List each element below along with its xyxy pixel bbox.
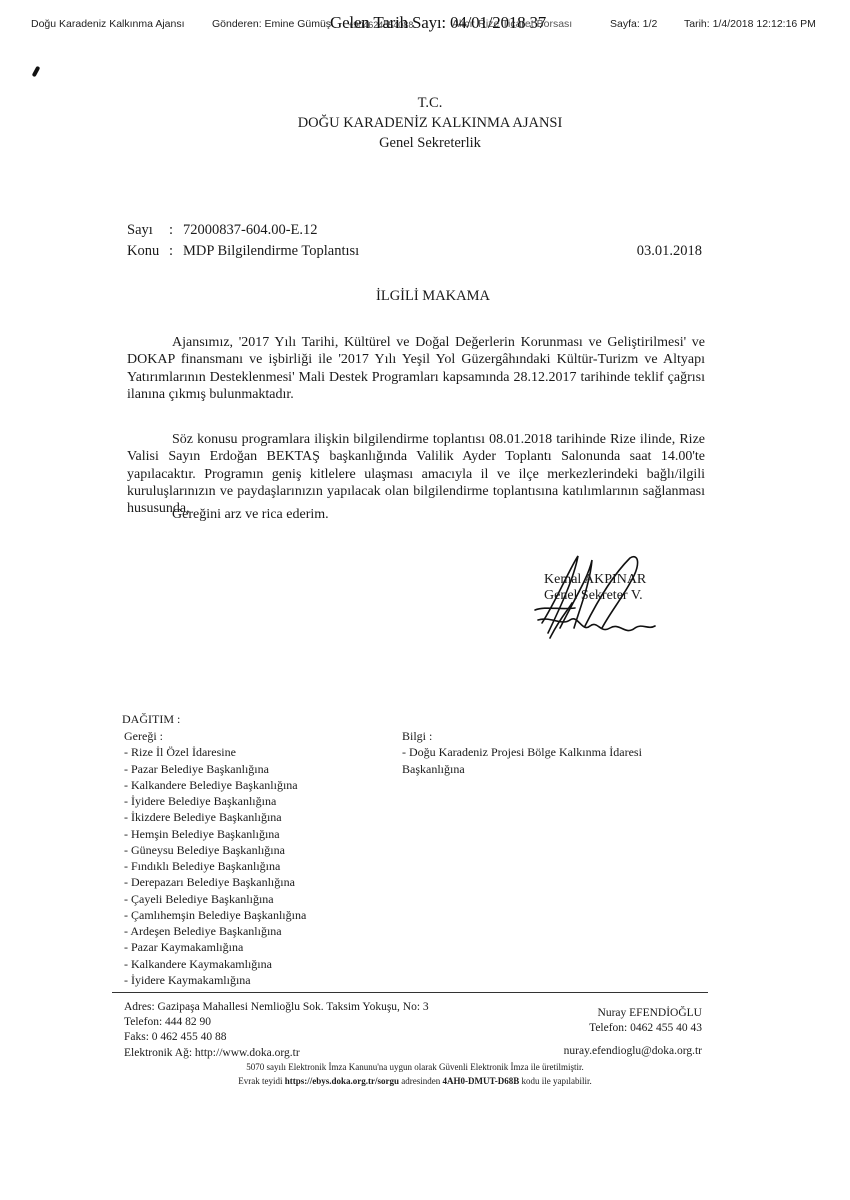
distribution-title: DAĞITIM : xyxy=(122,711,180,727)
verify-url: https://ebys.doka.org.tr/sorgu xyxy=(285,1076,399,1086)
document-meta: Sayı : 72000837-604.00-E.12 Konu : MDP B… xyxy=(127,220,702,262)
footer-divider xyxy=(112,992,708,993)
list-item: - İyidere Kaymakamlığına xyxy=(124,972,306,988)
list-item: - Fındıklı Belediye Başkanlığına xyxy=(124,858,306,874)
list-item: - Derepazarı Belediye Başkanlığına xyxy=(124,874,306,890)
letterhead-dept: Genel Sekreterlik xyxy=(10,133,850,153)
list-item: - Çayeli Belediye Başkanlığına xyxy=(124,891,306,907)
signature-block: Kemal AKPINAR Genel Sekreter V. xyxy=(530,548,670,648)
list-item: - Hemşin Belediye Başkanlığına xyxy=(124,826,306,842)
paragraph-text: Söz konusu programlara ilişkin bilgilend… xyxy=(127,431,705,517)
list-item: - Kalkandere Kaymakamlığına xyxy=(124,956,306,972)
konu-row: Konu : MDP Bilgilendirme Toplantısı 03.0… xyxy=(127,241,702,262)
body-paragraph-2: Söz konusu programlara ilişkin bilgilend… xyxy=(127,431,705,517)
list-item: - Pazar Kaymakamlığına xyxy=(124,939,306,955)
fax-sender-org: Doğu Karadeniz Kalkınma Ajansı xyxy=(31,18,185,30)
konu-value: MDP Bilgilendirme Toplantısı xyxy=(183,241,359,262)
colon: : xyxy=(169,241,183,262)
list-item: - Ardeşen Belediye Başkanlığına xyxy=(124,923,306,939)
esign-statement: 5070 sayılı Elektronik İmza Kanunu'na uy… xyxy=(0,1060,840,1074)
contact-phone: Telefon: 0462 455 40 43 xyxy=(520,1021,702,1036)
incoming-stamp: Gelen Tarih Sayı: 04/01/2018 37 xyxy=(330,13,546,33)
verify-prefix: Evrak teyidi xyxy=(238,1076,282,1086)
list-item: - İyidere Belediye Başkanlığına xyxy=(124,793,306,809)
fax-sender: Gönderen: Emine Gümüş xyxy=(212,18,331,30)
letterhead-tc: T.C. xyxy=(10,93,850,113)
body-paragraph-1: Ajansımız, '2017 Yılı Tarihi, Kültürel v… xyxy=(127,334,705,403)
sayi-value: 72000837-604.00-E.12 xyxy=(183,220,318,241)
verify-code: 4AH0-DMUT-D68B xyxy=(443,1076,520,1086)
footer-contact: Adres: Gazipaşa Mahallesi Nemlioğlu Sok.… xyxy=(124,1000,429,1061)
footer-fax: Faks: 0 462 455 40 88 xyxy=(124,1030,429,1045)
list-item: - Güneysu Belediye Başkanlığına xyxy=(124,842,306,858)
info-label: Bilgi : xyxy=(402,728,642,744)
distribution-action-list: Gereği : - Rize İl Özel İdaresine - Paza… xyxy=(124,728,306,988)
letterhead-org: DOĞU KARADENİZ KALKINMA AJANSI xyxy=(10,113,850,133)
list-item: - Rize İl Özel İdaresine xyxy=(124,744,306,760)
verify-suffix: kodu ile yapılabilir. xyxy=(521,1076,591,1086)
signatory-name: Kemal AKPINAR xyxy=(544,572,646,588)
distribution-info-list: Bilgi : - Doğu Karadeniz Projesi Bölge K… xyxy=(402,728,642,777)
list-item: - Pazar Belediye Başkanlığına xyxy=(124,761,306,777)
sayi-label: Sayı xyxy=(127,220,169,241)
footer-web: Elektronik Ağ: http://www.doka.org.tr xyxy=(124,1046,429,1061)
document-date: 03.01.2018 xyxy=(637,241,702,262)
contact-name: Nuray EFENDİOĞLU xyxy=(520,1006,702,1021)
footer-responsible: Nuray EFENDİOĞLU Telefon: 0462 455 40 43 xyxy=(520,1006,702,1036)
signatory: Kemal AKPINAR Genel Sekreter V. xyxy=(544,572,646,604)
verification-line: Evrak teyidi https://ebys.doka.org.tr/so… xyxy=(0,1074,840,1088)
verify-mid: adresinden xyxy=(401,1076,440,1086)
footer-address: Adres: Gazipaşa Mahallesi Nemlioğlu Sok.… xyxy=(124,1000,429,1015)
letterhead: T.C. DOĞU KARADENİZ KALKINMA AJANSI Gene… xyxy=(0,93,850,153)
list-item: - İkizdere Belediye Başkanlığına xyxy=(124,809,306,825)
footer-phone: Telefon: 444 82 90 xyxy=(124,1015,429,1030)
closing-line: Gereğini arz ve rica ederim. xyxy=(172,507,329,523)
list-item: - Çamlıhemşin Belediye Başkanlığına xyxy=(124,907,306,923)
fax-date: Tarih: 1/4/2018 12:12:16 PM xyxy=(684,18,816,30)
sayi-row: Sayı : 72000837-604.00-E.12 xyxy=(127,220,702,241)
salutation: İLGİLİ MAKAMA xyxy=(8,288,850,305)
contact-email: nuray.efendioglu@doka.org.tr xyxy=(520,1045,702,1057)
list-item: Başkanlığına xyxy=(402,761,642,777)
action-label: Gereği : xyxy=(124,728,306,744)
e-signature-notice: 5070 sayılı Elektronik İmza Kanunu'na uy… xyxy=(0,1060,840,1088)
fax-page: Sayfa: 1/2 xyxy=(610,18,657,30)
scan-mark xyxy=(32,66,41,78)
signatory-title: Genel Sekreter V. xyxy=(544,588,646,604)
list-item: - Doğu Karadeniz Projesi Bölge Kalkınma … xyxy=(402,744,642,760)
colon: : xyxy=(169,220,183,241)
paragraph-text: Ajansımız, '2017 Yılı Tarihi, Kültürel v… xyxy=(127,334,705,403)
fax-document: Doğu Karadeniz Kalkınma Ajansı Gönderen:… xyxy=(0,0,850,1200)
konu-label: Konu xyxy=(127,241,169,262)
list-item: - Kalkandere Belediye Başkanlığına xyxy=(124,777,306,793)
